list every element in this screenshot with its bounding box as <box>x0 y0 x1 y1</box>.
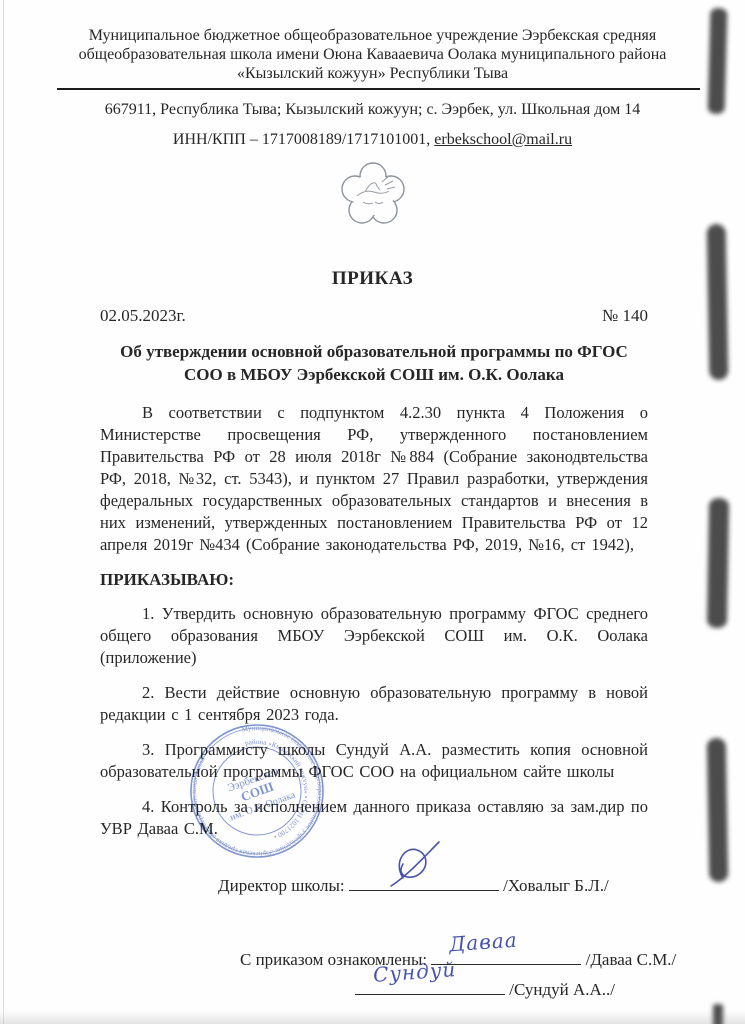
flower-emblem-icon <box>335 158 411 230</box>
email-link[interactable]: erbekschool@mail.ru <box>434 131 572 148</box>
order-item-1: 1. Утвердить основную образовательную пр… <box>100 603 648 669</box>
director-signature-line <box>349 876 499 891</box>
address-line: 667911, Республика Тыва; Кызылский кожуу… <box>0 99 745 120</box>
order-item-3: 3. Программисту школы Сундуй А.А. размес… <box>100 739 648 783</box>
org-name-line: «Кызылский кожуун» Республики Тыва <box>60 64 685 83</box>
ack2-name: /Сундуй А.А../ <box>509 980 615 999</box>
scan-artifact <box>713 1004 723 1024</box>
director-label: Директор школы: <box>218 876 345 895</box>
inn-line: ИНН/КПП – 1717008189/1717101001, erbeksc… <box>0 129 745 150</box>
scan-artifact <box>707 224 729 380</box>
letterhead-divider <box>57 88 700 90</box>
doc-title: ПРИКАЗ <box>0 268 745 290</box>
order-item-2: 2. Вести действие основную образовательн… <box>100 682 648 726</box>
doc-number: № 140 <box>602 306 648 326</box>
director-signature-row: Директор школы: /Ховалыг Б.Л./ <box>218 876 648 896</box>
letterhead: Муниципальное бюджетное общеобразователь… <box>0 0 745 150</box>
director-name: /Ховалыг Б.Л./ <box>503 876 609 895</box>
ack1-handwritten-signature: Даваа <box>449 928 519 957</box>
document-page: Муниципальное бюджетное общеобразователь… <box>0 0 745 1024</box>
order-item-4: 4. Контроль за исполнением данного прика… <box>100 796 648 840</box>
inn-value: ИНН/КПП – 1717008189/1717101001, <box>173 131 434 148</box>
date-number-row: 02.05.2023г. № 140 <box>100 306 648 326</box>
preamble-paragraph: В соответствии с подпунктом 4.2.30 пункт… <box>100 402 648 556</box>
org-name-line: общеобразовательная школа имени Оюна Кав… <box>60 45 685 64</box>
emblem-area <box>0 158 745 232</box>
org-name-line: Муниципальное бюджетное общеобразователь… <box>60 26 685 45</box>
ack-row-2: Сундуй /Сундуй А.А../ <box>355 980 648 1000</box>
doc-body: В соответствии с подпунктом 4.2.30 пункт… <box>100 402 648 1000</box>
doc-date: 02.05.2023г. <box>100 306 186 326</box>
scan-artifact <box>707 498 729 628</box>
ack2-signature-line: Сундуй <box>355 980 505 995</box>
orders-label: ПРИКАЗЫВАЮ: <box>100 570 648 590</box>
ack1-name: /Даваа С.М./ <box>586 950 677 969</box>
scan-artifact <box>707 738 729 882</box>
director-signature-scribble <box>383 838 445 890</box>
doc-subject: Об утверждении основной образовательной … <box>100 340 648 386</box>
ack2-handwritten-signature: Сундуй <box>372 957 457 987</box>
